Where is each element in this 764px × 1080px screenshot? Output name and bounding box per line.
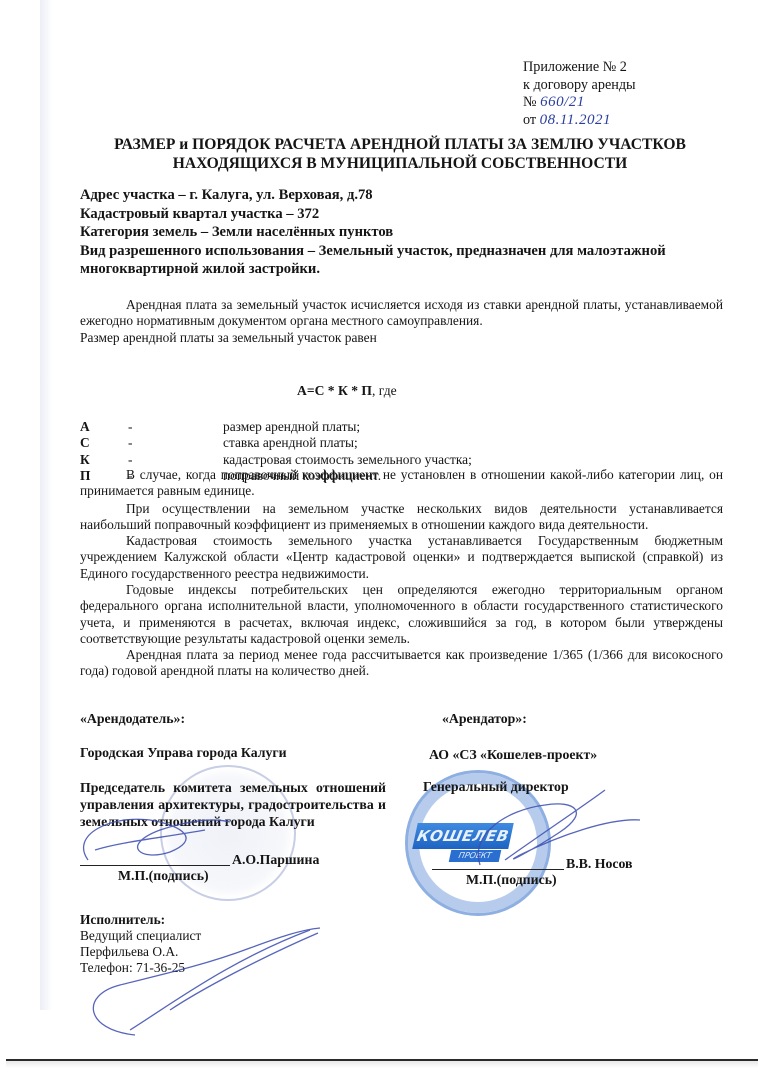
- scan-bottom-shadow: [6, 1061, 758, 1068]
- handwritten-signatures: [0, 0, 764, 1080]
